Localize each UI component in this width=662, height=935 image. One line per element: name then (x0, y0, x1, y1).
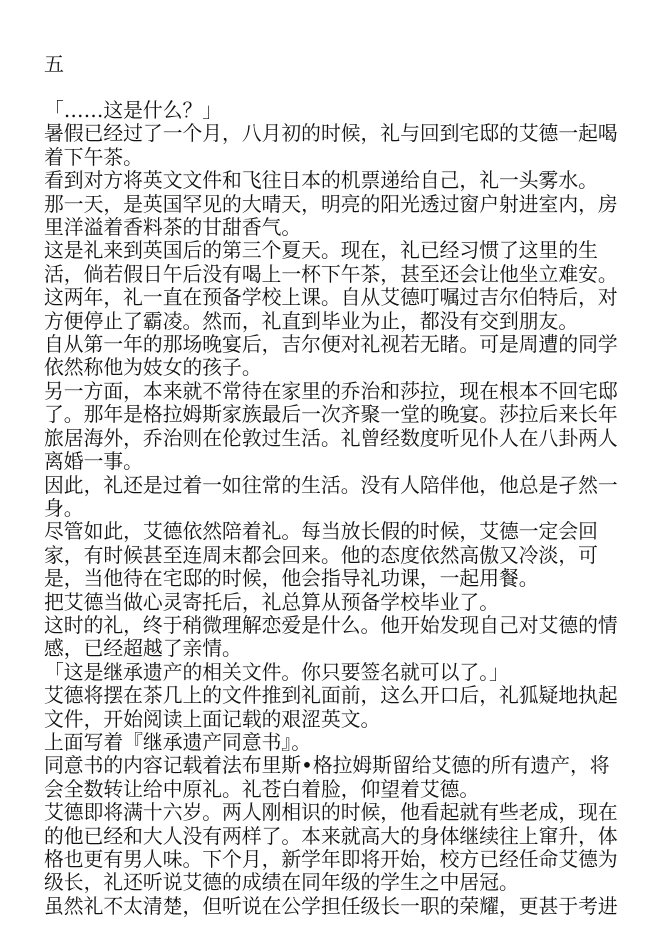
paragraph: 这两年，礼一直在预备学校上课。自从艾德叮嘱过吉尔伯特后，对方便停止了霸凌。然而，… (44, 286, 619, 333)
paragraph: 另一方面，本来就不常待在家里的乔治和莎拉，现在根本不回宅邸了。那年是格拉姆斯家族… (44, 380, 619, 474)
paragraph: 暑假已经过了一个月，八月初的时候，礼与回到宅邸的艾德一起喝着下午茶。 (44, 122, 619, 169)
paragraph: 同意书的内容记载着法布里斯•格拉姆斯留给艾德的所有遗产，将会全数转让给中原礼。礼… (44, 754, 619, 801)
paragraph: 把艾德当做心灵寄托后，礼总算从预备学校毕业了。 (44, 591, 619, 614)
chapter-title: 五 (44, 53, 64, 76)
paragraph: 看到对方将英文文件和飞往日本的机票递给自己，礼一头雾水。 (44, 169, 619, 192)
paragraph: 这是礼来到英国后的第三个夏天。现在，礼已经习惯了这里的生活，倘若假日午后没有喝上… (44, 239, 619, 286)
paragraph: 艾德将摆在茶几上的文件推到礼面前，这么开口后，礼狐疑地执起文件，开始阅读上面记载… (44, 684, 619, 731)
paragraph: 「……这是什么？」 (44, 99, 619, 122)
paragraph: 那一天，是英国罕见的大晴天，明亮的阳光透过窗户射进室内，房里洋溢着香料茶的甘甜香… (44, 193, 619, 240)
paragraph: 「这是继承遗产的相关文件。你只要签名就可以了。」 (44, 661, 619, 684)
paragraph: 这时的礼，终于稍微理解恋爱是什么。他开始发现自己对艾德的情感，已经超越了亲情。 (44, 614, 619, 661)
paragraph: 因此，礼还是过着一如往常的生活。没有人陪伴他，他总是孑然一身。 (44, 474, 619, 521)
paragraph: 艾德即将满十六岁。两人刚相识的时候，他看起就有些老成，现在的他已经和大人没有两样… (44, 801, 619, 895)
body-text: 「……这是什么？」 暑假已经过了一个月，八月初的时候，礼与回到宅邸的艾德一起喝着… (44, 99, 619, 918)
paragraph: 虽然礼不太清楚，但听说在公学担任级长一职的荣耀，更甚于考进 (44, 895, 619, 918)
paragraph: 自从第一年的那场晚宴后，吉尔便对礼视若无睹。可是周遭的同学依然称他为妓女的孩子。 (44, 333, 619, 380)
paragraph: 尽管如此，艾德依然陪着礼。每当放长假的时候，艾德一定会回家，有时候甚至连周末都会… (44, 520, 619, 590)
paragraph: 上面写着『继承遗产同意书』。 (44, 731, 619, 754)
